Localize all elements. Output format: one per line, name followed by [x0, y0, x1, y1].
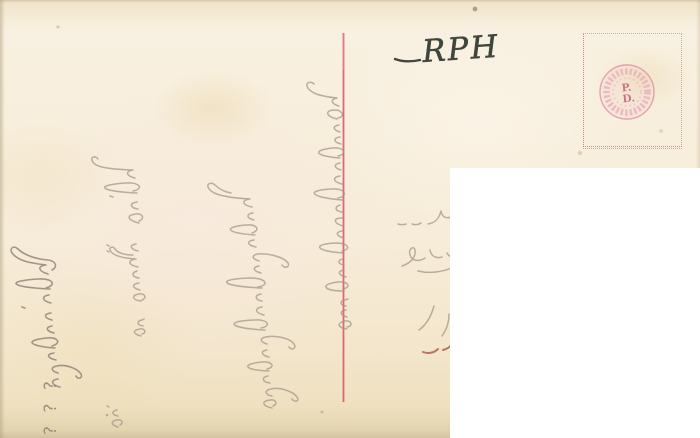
address-fragments [398, 211, 458, 353]
publisher-stamp: P. D. [599, 64, 655, 120]
handwriting-line-2 [208, 183, 298, 408]
handwriting-mark [107, 406, 122, 427]
handwriting-line-4: ? ? ? [11, 247, 81, 435]
ink-annotation-text: RPH [420, 29, 501, 70]
postcard-back: P. D. RPH ? ? ? [0, 0, 700, 438]
address-fragment-3 [419, 306, 449, 336]
handwriting-line-1 [307, 82, 351, 329]
address-fragment-red [423, 344, 452, 353]
stamp-letter-bottom: D. [622, 92, 636, 105]
ink-annotation: RPH [395, 29, 501, 70]
handwriting-line-3 [92, 157, 145, 336]
ink-underline [395, 59, 420, 61]
white-overlay [450, 168, 700, 438]
address-fragment-1 [398, 211, 457, 225]
